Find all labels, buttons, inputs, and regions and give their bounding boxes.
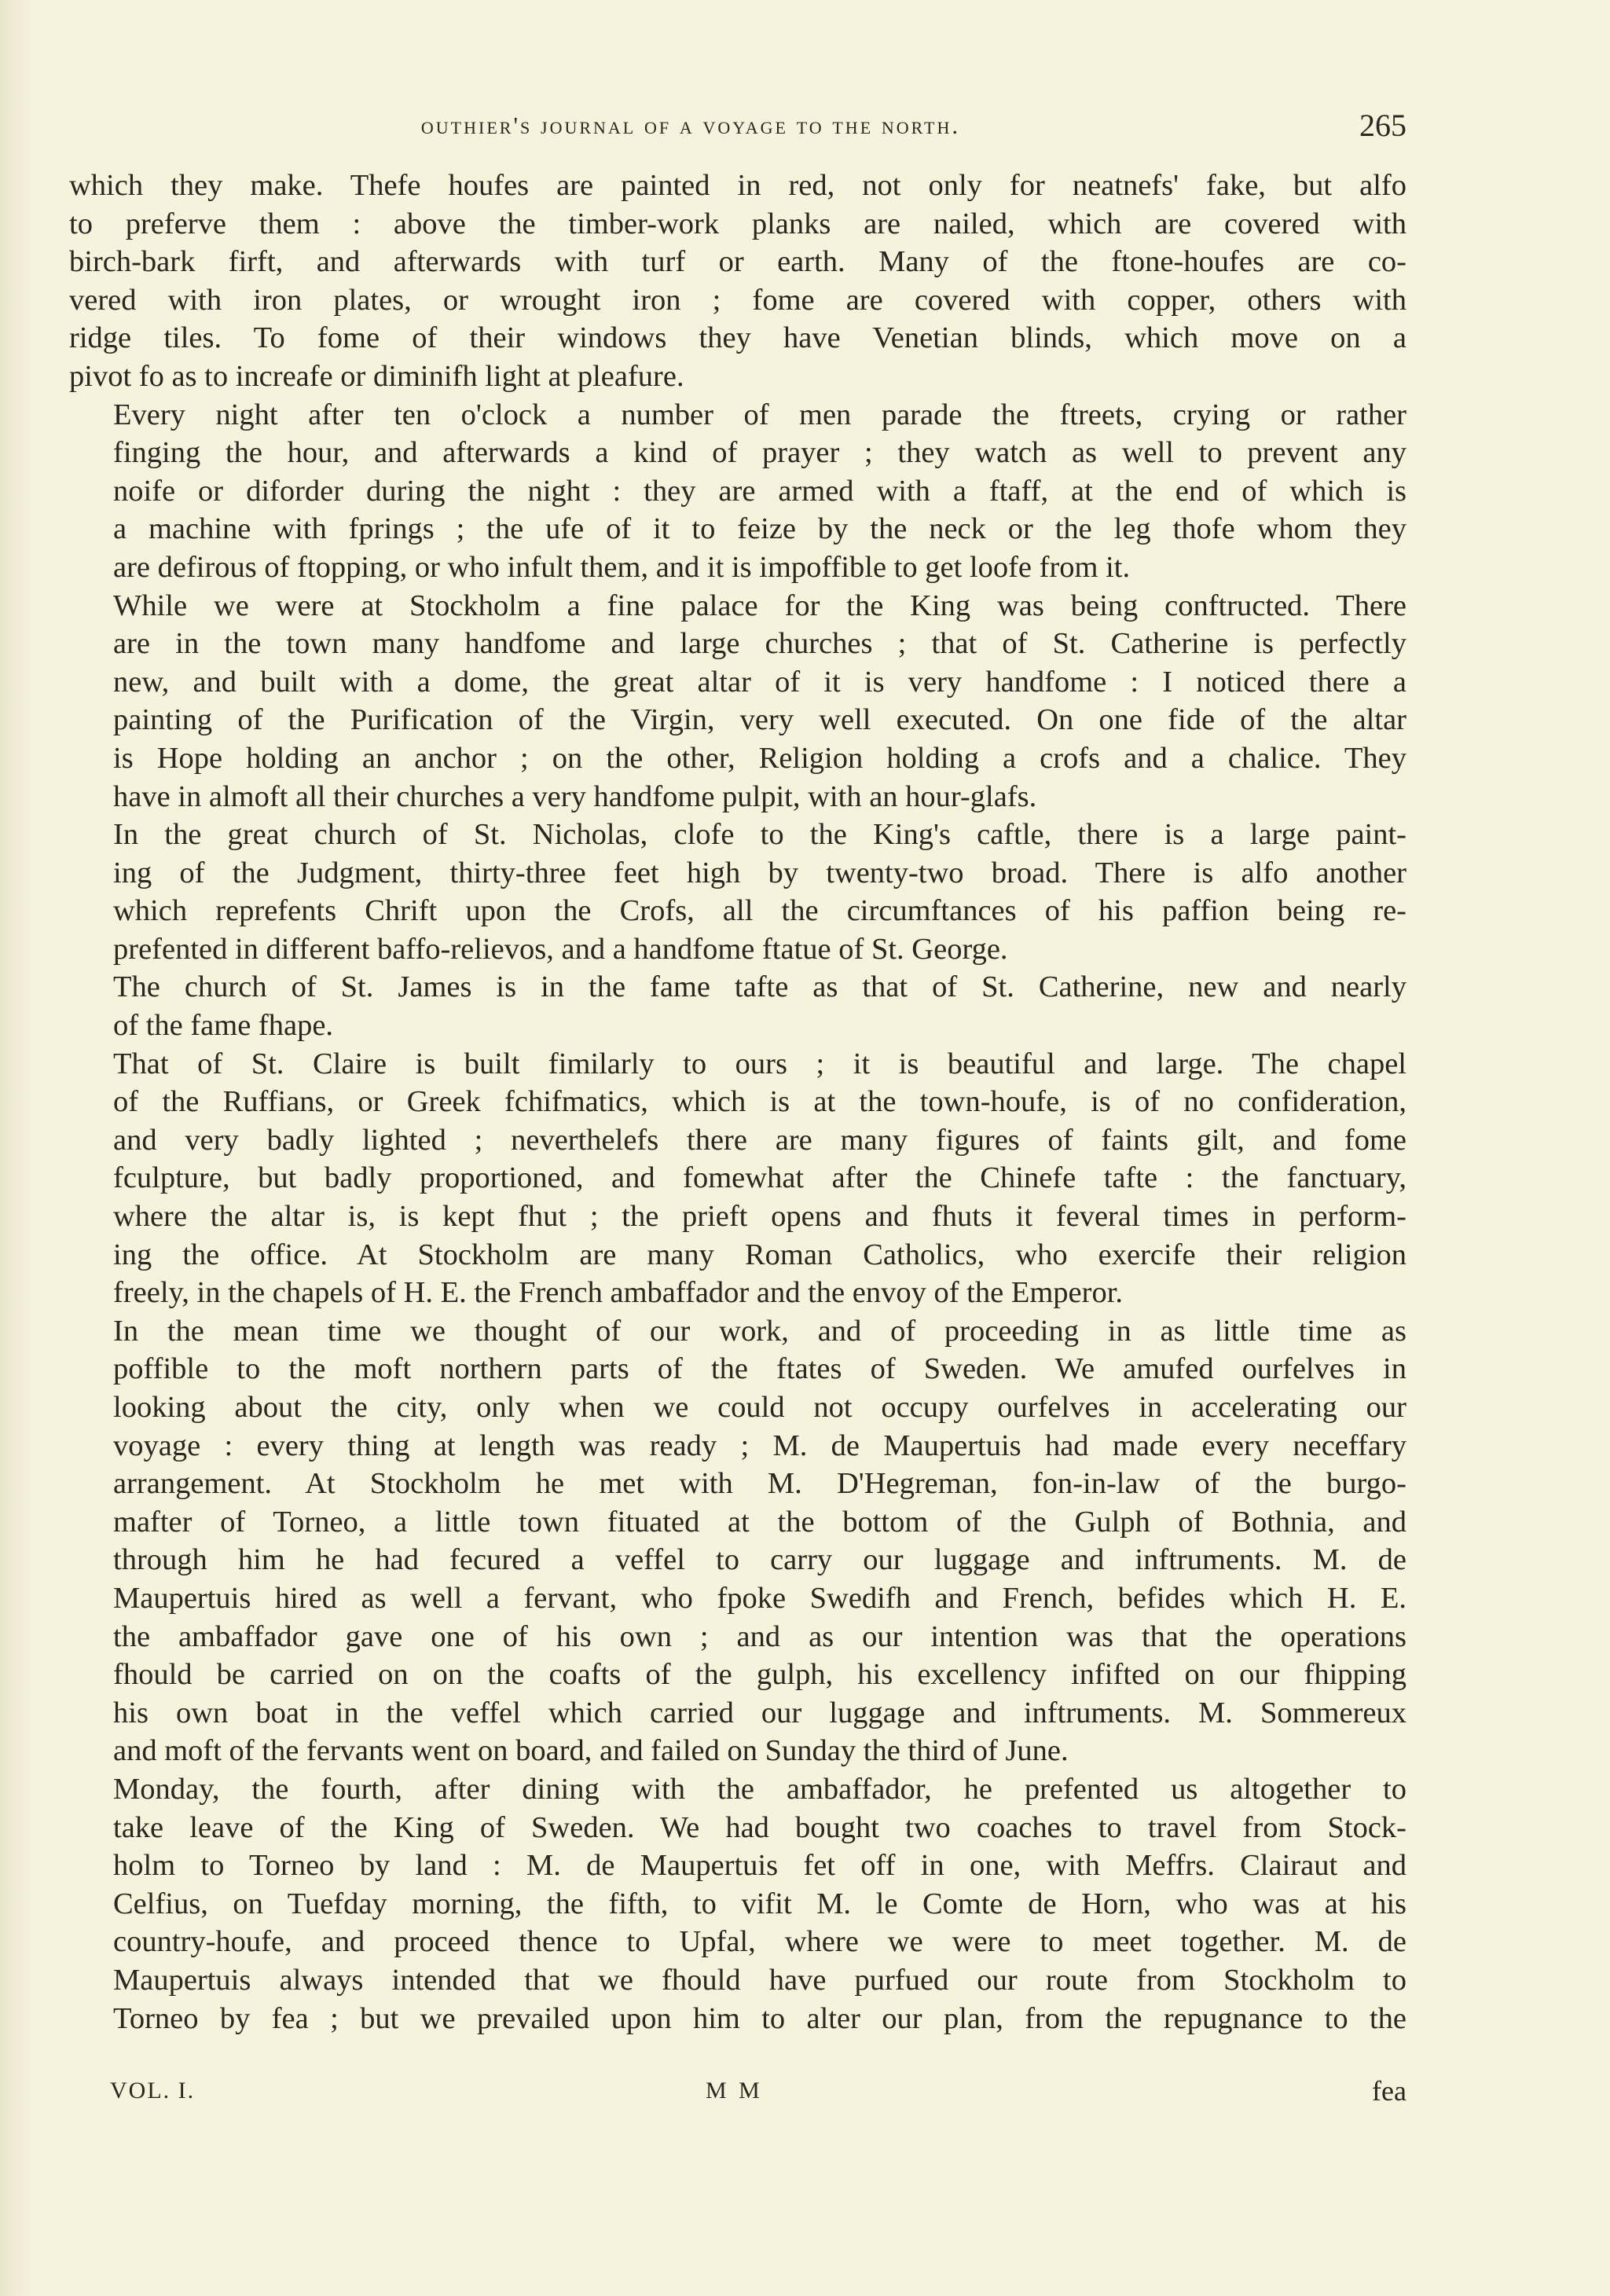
paragraph: Monday, the fourth, after dining with th… — [69, 1770, 1406, 2037]
text-line: of the fame fhape. — [69, 1007, 1406, 1045]
text-line: are defirous of ftopping, or who infult … — [69, 548, 1406, 587]
page-number: 265 — [1359, 107, 1406, 144]
text-line: country-houfe, and proceed thence to Upf… — [69, 1923, 1406, 1961]
text-line: of the Ruffians, or Greek fchifmatics, w… — [69, 1083, 1406, 1121]
text-line: poffible to the moft northern parts of t… — [69, 1350, 1406, 1388]
text-line: the ambaffador gave one of his own ; and… — [69, 1618, 1406, 1656]
text-line: Maupertuis always intended that we fhoul… — [69, 1961, 1406, 2000]
text-line: have in almoft all their churches a very… — [69, 778, 1406, 816]
text-line: Torneo by fea ; but we prevailed upon hi… — [69, 2000, 1406, 2038]
text-line: arrangement. At Stockholm he met with M.… — [69, 1465, 1406, 1503]
text-line: where the altar is, is kept fhut ; the p… — [69, 1198, 1406, 1236]
text-line: prefented in different baffo-relievos, a… — [69, 930, 1406, 969]
text-line: a machine with fprings ; the ufe of it t… — [69, 510, 1406, 548]
text-line: That of St. Claire is built fimilarly to… — [69, 1045, 1406, 1084]
text-line: noife or diforder during the night : the… — [69, 472, 1406, 511]
text-line: take leave of the King of Sweden. We had… — [69, 1809, 1406, 1847]
text-line: vered with iron plates, or wrought iron … — [69, 281, 1406, 320]
text-line: pivot fo as to increafe or diminifh ligh… — [69, 358, 1406, 396]
text-line: In the mean time we thought of our work,… — [69, 1312, 1406, 1351]
catchword: fea — [1372, 2074, 1406, 2107]
paragraph: While we were at Stockholm a fine palace… — [69, 587, 1406, 816]
text-line: ridge tiles. To fome of their windows th… — [69, 319, 1406, 358]
paragraph: In the great church of St. Nicholas, clo… — [69, 816, 1406, 968]
text-line: Maupertuis hired as well a fervant, who … — [69, 1579, 1406, 1618]
page-edge-shadow — [0, 0, 31, 2296]
paragraph: Every night after ten o'clock a number o… — [69, 396, 1406, 587]
text-line: looking about the city, only when we cou… — [69, 1388, 1406, 1427]
text-line: Every night after ten o'clock a number o… — [69, 396, 1406, 435]
text-line: fculpture, but badly proportioned, and f… — [69, 1159, 1406, 1198]
text-line: are in the town many handfome and large … — [69, 625, 1406, 663]
text-line: While we were at Stockholm a fine palace… — [69, 587, 1406, 625]
text-line: which reprefents Chrift upon the Crofs, … — [69, 892, 1406, 930]
paragraph: which they make. Thefe houfes are painte… — [69, 167, 1406, 396]
text-line: Celfius, on Tuefday morning, the fifth, … — [69, 1885, 1406, 1924]
text-line: painting of the Purification of the Virg… — [69, 701, 1406, 739]
text-line: Monday, the fourth, after dining with th… — [69, 1770, 1406, 1809]
running-title: OUTHIER'S JOURNAL OF A VOYAGE TO THE NOR… — [69, 112, 1312, 140]
text-line: In the great church of St. Nicholas, clo… — [69, 816, 1406, 854]
text-line: fhould be carried on on the coafts of th… — [69, 1656, 1406, 1694]
running-head: OUTHIER'S JOURNAL OF A VOYAGE TO THE NOR… — [69, 107, 1406, 146]
signature-mark: M M — [706, 2078, 763, 2104]
text-line: holm to Torneo by land : M. de Maupertui… — [69, 1847, 1406, 1885]
text-line: voyage : every thing at length was ready… — [69, 1427, 1406, 1465]
page-footer: VOL. I. M M fea — [69, 2074, 1406, 2114]
text-line: his own boat in the veffel which carried… — [69, 1694, 1406, 1733]
text-line: finging the hour, and afterwards a kind … — [69, 434, 1406, 472]
text-line: through him he had fecured a veffel to c… — [69, 1541, 1406, 1579]
text-line: and very badly lighted ; neverthelefs th… — [69, 1121, 1406, 1160]
paragraph: In the mean time we thought of our work,… — [69, 1312, 1406, 1770]
text-line: ing the office. At Stockholm are many Ro… — [69, 1236, 1406, 1275]
text-line: ing of the Judgment, thirty-three feet h… — [69, 854, 1406, 893]
text-line: birch-bark firft, and afterwards with tu… — [69, 243, 1406, 281]
text-line: The church of St. James is in the fame t… — [69, 968, 1406, 1007]
volume-signature: VOL. I. — [110, 2078, 195, 2104]
text-line: is Hope holding an anchor ; on the other… — [69, 739, 1406, 778]
text-line: new, and built with a dome, the great al… — [69, 663, 1406, 702]
paragraph: That of St. Claire is built fimilarly to… — [69, 1045, 1406, 1312]
text-line: freely, in the chapels of H. E. the Fren… — [69, 1274, 1406, 1312]
body-text: which they make. Thefe houfes are painte… — [69, 167, 1406, 2037]
paragraph: The church of St. James is in the fame t… — [69, 968, 1406, 1044]
text-line: mafter of Torneo, a little town fituated… — [69, 1503, 1406, 1542]
text-line: and moft of the fervants went on board, … — [69, 1732, 1406, 1770]
text-line: to preferve them : above the timber-work… — [69, 205, 1406, 244]
text-line: which they make. Thefe houfes are painte… — [69, 167, 1406, 205]
